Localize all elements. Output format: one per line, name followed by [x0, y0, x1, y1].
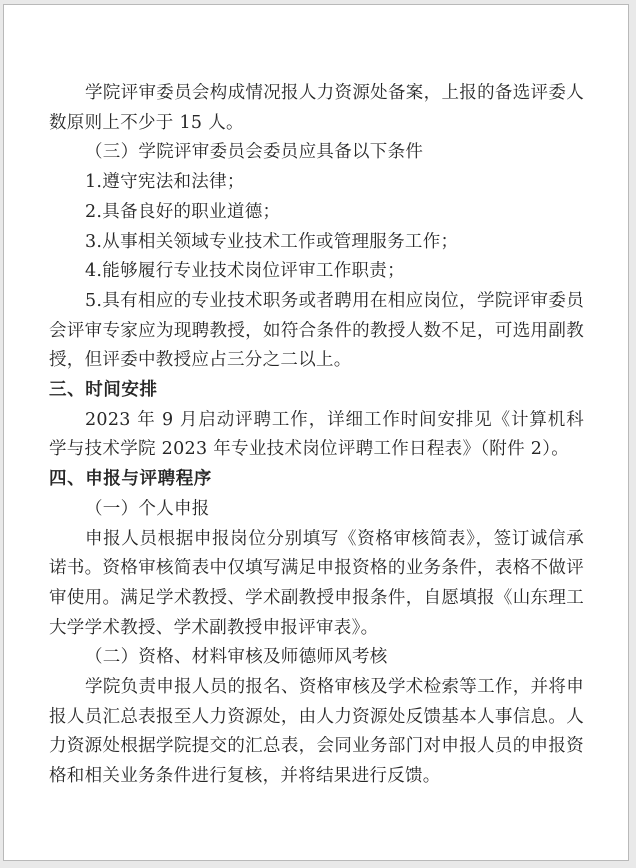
document-page: 学院评审委员会构成情况报人力资源处备案，上报的备选评委人数原则上不少于 15 人… — [3, 4, 629, 861]
paragraph: 申报人员根据申报岗位分别填写《资格审核简表》，签订诚信承诺书。资格审核简表中仅填… — [49, 525, 584, 644]
paragraph: 3.从事相关领域专业技术工作或管理服务工作； — [49, 228, 584, 258]
section-heading: 三、时间安排 — [49, 376, 584, 406]
section-heading: 四、申报与评聘程序 — [49, 465, 584, 495]
sub-heading: （三）学院评审委员会委员应具备以下条件 — [49, 138, 584, 168]
paragraph: 学院评审委员会构成情况报人力资源处备案，上报的备选评委人数原则上不少于 15 人… — [49, 79, 584, 138]
sub-heading: （一）个人申报 — [49, 495, 584, 525]
paragraph: 2023 年 9 月启动评聘工作，详细工作时间安排见《计算机科学与技术学院 20… — [49, 406, 584, 465]
paragraph: 1.遵守宪法和法律； — [49, 168, 584, 198]
document-content: 学院评审委员会构成情况报人力资源处备案，上报的备选评委人数原则上不少于 15 人… — [49, 79, 584, 792]
paragraph: 2.具备良好的职业道德； — [49, 198, 584, 228]
document-viewer: 学院评审委员会构成情况报人力资源处备案，上报的备选评委人数原则上不少于 15 人… — [0, 0, 636, 868]
paragraph: 学院负责申报人员的报名、资格审核及学术检索等工作，并将申报人员汇总表报至人力资源… — [49, 673, 584, 792]
paragraph: 5.具有相应的专业技术职务或者聘用在相应岗位，学院评审委员会评审专家应为现聘教授… — [49, 287, 584, 376]
paragraph: 4.能够履行专业技术岗位评审工作职责； — [49, 257, 584, 287]
sub-heading: （二）资格、材料审核及师德师风考核 — [49, 643, 584, 673]
